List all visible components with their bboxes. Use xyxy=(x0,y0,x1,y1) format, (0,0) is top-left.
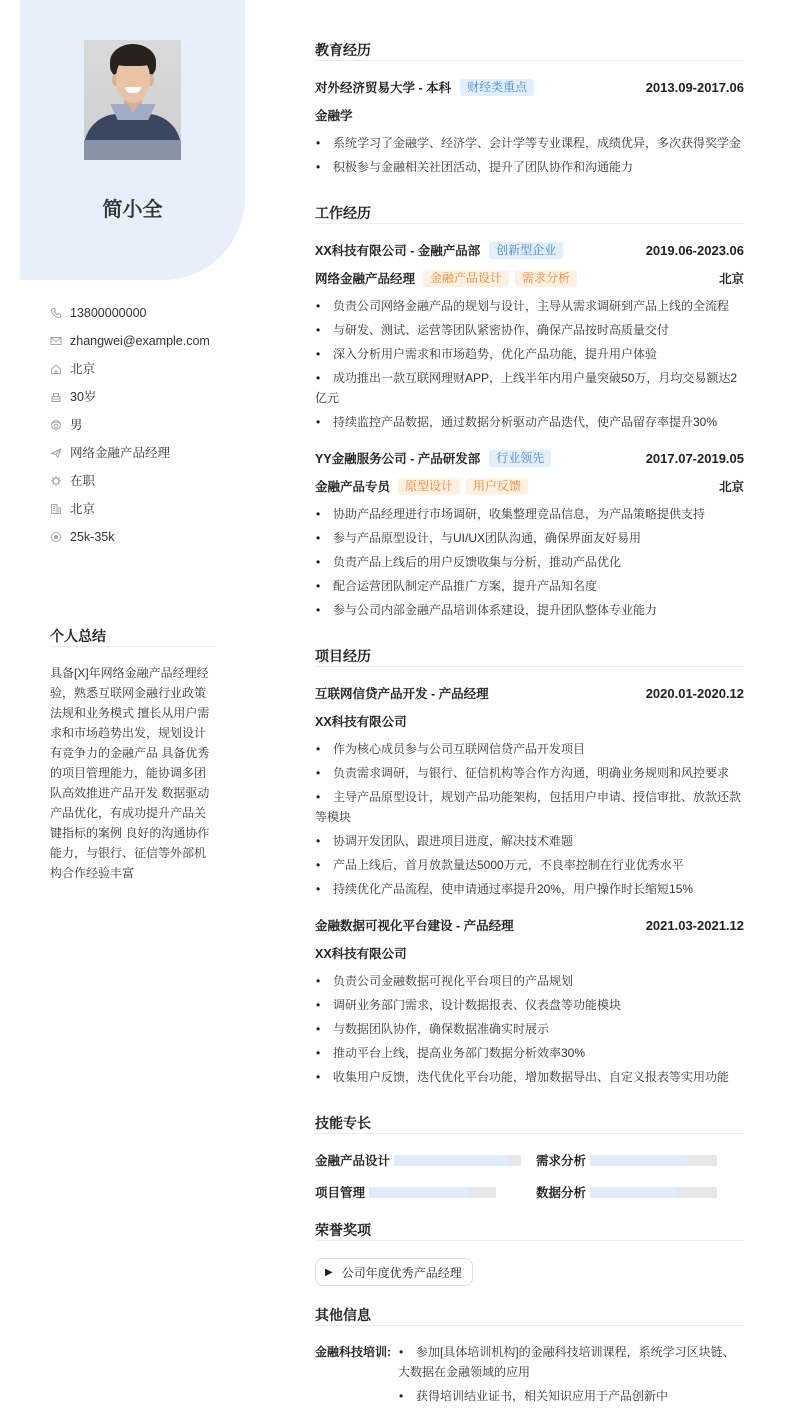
contact-job-intention-value: 网络金融产品经理 xyxy=(70,439,170,467)
section-skills: 技能专长 金融产品设计 需求分析 项目管理 数据分析 xyxy=(315,1113,744,1208)
honor-toggle-button[interactable]: ▶ 公司年度优秀产品经理 xyxy=(315,1258,473,1286)
education-item: 对外经济贸易大学 - 本科 财经类重点 2013.09-2017.06 金融学 … xyxy=(315,73,744,179)
section-education: 教育经历 对外经济贸易大学 - 本科 财经类重点 2013.09-2017.06… xyxy=(315,40,744,179)
contact-phone-value: 13800000000 xyxy=(70,299,146,327)
work-location: 北京 xyxy=(719,269,744,287)
other-info-label: 金融科技培训: xyxy=(315,1340,398,1408)
work-bullets: 负责公司网络金融产品的规划与设计，主导从需求调研到产品上线的全流程 与研发、测试… xyxy=(315,294,744,434)
bullet-item: 系统学习了金融学、经济学、会计学等专业课程，成绩优异，多次获得奖学金 xyxy=(315,131,744,155)
bullet-item: 参与产品原型设计，与UI/UX团队沟通，确保界面友好易用 xyxy=(315,526,744,550)
work-item: YY金融服务公司 - 产品研发部 行业领先 2017.07-2019.05 金融… xyxy=(315,444,744,622)
education-sub-row: 金融学 xyxy=(315,101,744,129)
contact-residence-value: 北京 xyxy=(70,355,95,383)
section-title-skills: 技能专长 xyxy=(315,1113,744,1134)
bullet-item: 推动平台上线，提高业务部门数据分析效率30% xyxy=(315,1041,744,1065)
section-honors: 荣誉奖项 ▶ 公司年度优秀产品经理 xyxy=(315,1220,744,1286)
contact-salary-value: 25k-35k xyxy=(70,523,114,551)
skill-tag: 金融产品设计 xyxy=(423,270,509,287)
skill-level-fill xyxy=(369,1187,468,1198)
other-info-bullets: 参加[具体培训机构]的金融科技培训课程，系统学习区块链、大数据在金融领域的应用 … xyxy=(398,1340,744,1408)
bullet-item: 负责需求调研，与银行、征信机构等合作方沟通，明确业务规则和风控要求 xyxy=(315,761,744,785)
company-name: XX科技有限公司 - 金融产品部 xyxy=(315,241,480,259)
contact-job-intention: 网络金融产品经理 xyxy=(50,439,210,467)
other-info-row: 金融科技培训: 参加[具体培训机构]的金融科技培训课程，系统学习区块链、大数据在… xyxy=(315,1340,744,1408)
bullet-item: 负责公司网络金融产品的规划与设计，主导从需求调研到产品上线的全流程 xyxy=(315,294,744,318)
project-period: 2021.03-2021.12 xyxy=(646,918,744,933)
section-other: 其他信息 金融科技培训: 参加[具体培训机构]的金融科技培训课程，系统学习区块链… xyxy=(315,1305,744,1408)
company-name: YY金融服务公司 - 产品研发部 xyxy=(315,449,480,467)
contact-age-value: 30岁 xyxy=(70,383,96,411)
skill-name: 项目管理 xyxy=(315,1183,365,1201)
project-item: 金融数据可视化平台建设 - 产品经理 2021.03-2021.12 XX科技有… xyxy=(315,911,744,1089)
candidate-name: 简小全 xyxy=(20,196,245,224)
skill-tag: 用户反馈 xyxy=(466,478,528,495)
skills-grid: 金融产品设计 需求分析 项目管理 数据分析 xyxy=(315,1144,744,1208)
skill-item: 需求分析 xyxy=(536,1144,744,1176)
skill-level-fill xyxy=(394,1155,508,1166)
bullet-item: 与数据团队协作，确保数据准确实时展示 xyxy=(315,1017,744,1041)
section-work: 工作经历 XX科技有限公司 - 金融产品部 创新型企业 2019.06-2023… xyxy=(315,203,744,622)
section-title-summary: 个人总结 xyxy=(50,626,215,647)
company-tag: 行业领先 xyxy=(489,450,551,467)
skill-name: 数据分析 xyxy=(536,1183,586,1201)
company-tag: 创新型企业 xyxy=(489,242,563,259)
bullet-item: 持续监控产品数据，通过数据分析驱动产品迭代，使产品留存率提升30% xyxy=(315,410,744,434)
education-bullets: 系统学习了金融学、经济学、会计学等专业课程，成绩优异，多次获得奖学金 积极参与金… xyxy=(315,131,744,179)
skill-level-bar xyxy=(394,1155,521,1166)
skill-name: 金融产品设计 xyxy=(315,1151,390,1169)
honor-label: 公司年度优秀产品经理 xyxy=(342,1264,462,1281)
work-bullets: 协助产品经理进行市场调研，收集整理竞品信息，为产品策略提供支持 参与产品原型设计… xyxy=(315,502,744,622)
contact-gender: 男 xyxy=(50,411,210,439)
avatar-photo xyxy=(84,40,181,160)
project-period: 2020.01-2020.12 xyxy=(646,686,744,701)
bullet-item: 参加[具体培训机构]的金融科技培训课程，系统学习区块链、大数据在金融领域的应用 xyxy=(398,1340,744,1384)
contact-target-city: 北京 xyxy=(50,495,210,523)
skill-level-bar xyxy=(369,1187,496,1198)
skill-level-bar xyxy=(590,1155,717,1166)
bullet-item: 成功推出一款互联网理财APP，上线半年内用户量突破50万，月均交易额达2亿元 xyxy=(315,366,744,410)
contact-residence: 北京 xyxy=(50,355,210,383)
home-icon xyxy=(50,363,62,375)
bullet-item: 产品上线后，首月放款量达5000万元，不良率控制在行业优秀水平 xyxy=(315,853,744,877)
section-projects: 项目经历 互联网信贷产品开发 - 产品经理 2020.01-2020.12 XX… xyxy=(315,646,744,1089)
skill-item: 金融产品设计 xyxy=(315,1144,536,1176)
mail-icon xyxy=(50,335,62,347)
building-icon xyxy=(50,503,62,515)
project-header-row: 金融数据可视化平台建设 - 产品经理 2021.03-2021.12 xyxy=(315,911,744,939)
section-title-projects: 项目经历 xyxy=(315,646,744,667)
bullet-item: 持续优化产品流程，使申请通过率提升20%，用户操作时长缩短15% xyxy=(315,877,744,901)
education-header-row: 对外经济贸易大学 - 本科 财经类重点 2013.09-2017.06 xyxy=(315,73,744,101)
contact-list: 13800000000 zhangwei@example.com 北京 30岁 … xyxy=(50,299,210,551)
school-tag: 财经类重点 xyxy=(460,79,534,96)
work-location: 北京 xyxy=(719,477,744,495)
project-name: 互联网信贷产品开发 - 产品经理 xyxy=(315,684,489,702)
bullet-item: 深入分析用户需求和市场趋势，优化产品功能，提升用户体验 xyxy=(315,342,744,366)
school-name: 对外经济贸易大学 - 本科 xyxy=(315,78,451,96)
skill-level-fill xyxy=(590,1155,687,1166)
section-title-honors: 荣誉奖项 xyxy=(315,1220,744,1241)
work-period: 2019.06-2023.06 xyxy=(646,243,744,258)
skill-tag: 原型设计 xyxy=(398,478,460,495)
contact-phone: 13800000000 xyxy=(50,299,210,327)
section-title-work: 工作经历 xyxy=(315,203,744,224)
section-title-other: 其他信息 xyxy=(315,1305,744,1326)
major: 金融学 xyxy=(315,106,353,124)
bullet-item: 收集用户反馈，迭代优化平台功能，增加数据导出、自定义报表等实用功能 xyxy=(315,1065,744,1089)
project-name: 金融数据可视化平台建设 - 产品经理 xyxy=(315,916,514,934)
photo-fringe xyxy=(114,52,152,66)
position: 网络金融产品经理 xyxy=(315,269,415,287)
work-period: 2017.07-2019.05 xyxy=(646,451,744,466)
age-icon xyxy=(50,391,62,403)
skill-level-bar xyxy=(590,1187,717,1198)
bullet-item: 负责公司金融数据可视化平台项目的产品规划 xyxy=(315,969,744,993)
send-icon xyxy=(50,447,62,459)
skill-item: 数据分析 xyxy=(536,1176,744,1208)
bullet-item: 调研业务部门需求，设计数据报表、仪表盘等功能模块 xyxy=(315,993,744,1017)
work-sub-row: 网络金融产品经理 金融产品设计 需求分析 北京 xyxy=(315,264,744,292)
bullet-item: 与研发、测试、运营等团队紧密协作，确保产品按时高质量交付 xyxy=(315,318,744,342)
bullet-item: 获得培训结业证书，相关知识应用于产品创新中 xyxy=(398,1384,744,1408)
bullet-item: 协调开发团队，跟进项目进度，解决技术难题 xyxy=(315,829,744,853)
gender-icon xyxy=(50,419,62,431)
work-header-row: XX科技有限公司 - 金融产品部 创新型企业 2019.06-2023.06 xyxy=(315,236,744,264)
skill-tag: 需求分析 xyxy=(515,270,577,287)
contact-status: 在职 xyxy=(50,467,210,495)
project-header-row: 互联网信贷产品开发 - 产品经理 2020.01-2020.12 xyxy=(315,679,744,707)
project-bullets: 负责公司金融数据可视化平台项目的产品规划 调研业务部门需求，设计数据报表、仪表盘… xyxy=(315,969,744,1089)
contact-email-value: zhangwei@example.com xyxy=(70,327,210,355)
contact-target-city-value: 北京 xyxy=(70,495,95,523)
bullet-item: 主导产品原型设计，规划产品功能架构，包括用户申请、授信审批、放款还款等模块 xyxy=(315,785,744,829)
work-item: XX科技有限公司 - 金融产品部 创新型企业 2019.06-2023.06 网… xyxy=(315,236,744,434)
section-title-education: 教育经历 xyxy=(315,40,744,61)
position: 金融产品专员 xyxy=(315,477,390,495)
project-company: XX科技有限公司 xyxy=(315,944,407,962)
bullet-item: 负责产品上线后的用户反馈收集与分析，推动产品优化 xyxy=(315,550,744,574)
summary-text: 具备[X]年网络金融产品经理经验，熟悉互联网金融行业政策法规和业务模式 擅长从用… xyxy=(50,663,215,883)
contact-status-value: 在职 xyxy=(70,467,95,495)
project-sub-row: XX科技有限公司 xyxy=(315,939,744,967)
skill-name: 需求分析 xyxy=(536,1151,586,1169)
bullet-item: 作为核心成员参与公司互联网信贷产品开发项目 xyxy=(315,737,744,761)
salary-icon xyxy=(50,531,62,543)
bullet-item: 参与公司内部金融产品培训体系建设，提升团队整体专业能力 xyxy=(315,598,744,622)
status-icon xyxy=(50,475,62,487)
triangle-right-icon: ▶ xyxy=(325,1267,333,1278)
education-period: 2013.09-2017.06 xyxy=(646,80,744,95)
bullet-item: 配合运营团队制定产品推广方案，提升产品知名度 xyxy=(315,574,744,598)
skill-item: 项目管理 xyxy=(315,1176,536,1208)
project-bullets: 作为核心成员参与公司互联网信贷产品开发项目 负责需求调研，与银行、征信机构等合作… xyxy=(315,737,744,901)
bullet-item: 协助产品经理进行市场调研，收集整理竞品信息，为产品策略提供支持 xyxy=(315,502,744,526)
skill-level-fill xyxy=(590,1187,676,1198)
photo-shirt-stripe xyxy=(84,140,181,160)
phone-icon xyxy=(50,307,62,319)
work-header-row: YY金融服务公司 - 产品研发部 行业领先 2017.07-2019.05 xyxy=(315,444,744,472)
contact-email: zhangwei@example.com xyxy=(50,327,210,355)
work-sub-row: 金融产品专员 原型设计 用户反馈 北京 xyxy=(315,472,744,500)
bullet-item: 积极参与金融相关社团活动，提升了团队协作和沟通能力 xyxy=(315,155,744,179)
contact-age: 30岁 xyxy=(50,383,210,411)
project-company: XX科技有限公司 xyxy=(315,712,407,730)
contact-salary: 25k-35k xyxy=(50,523,210,551)
project-item: 互联网信贷产品开发 - 产品经理 2020.01-2020.12 XX科技有限公… xyxy=(315,679,744,901)
contact-gender-value: 男 xyxy=(70,411,83,439)
project-sub-row: XX科技有限公司 xyxy=(315,707,744,735)
